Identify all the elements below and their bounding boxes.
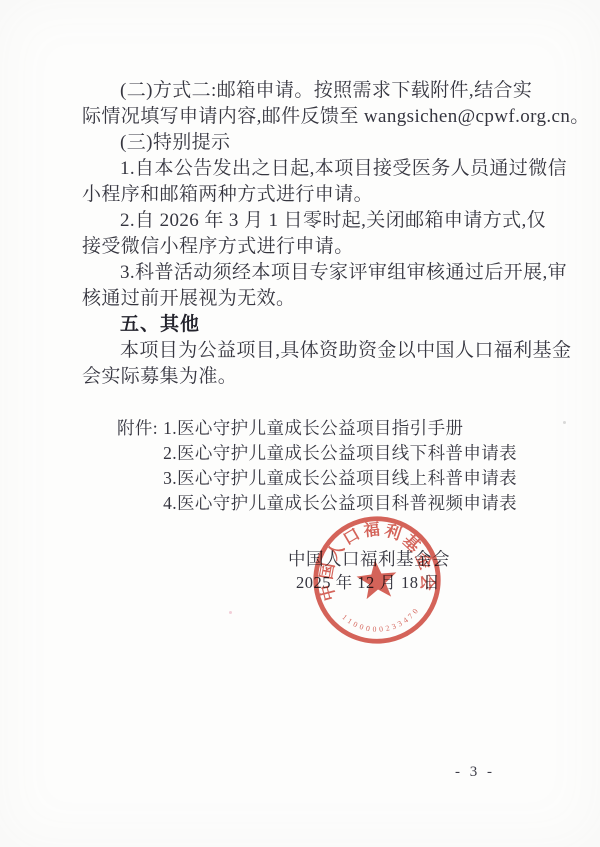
scan-speck bbox=[563, 421, 566, 424]
attachment-item: 3.医心守护儿童成长公益项目线上科普申请表 bbox=[163, 466, 517, 491]
section-heading: (三)特别提示 bbox=[82, 130, 510, 156]
paragraph-line: 1.自本公告发出之日起,本项目接受医务人员通过微信 bbox=[82, 156, 510, 182]
scanned-document-page: (二)方式二:邮箱申请。按照需求下载附件,结合实 际情况填写申请内容,邮件反馈至… bbox=[0, 0, 600, 847]
attachments-label: 附件: bbox=[117, 416, 158, 516]
paragraph-line: 核通过前开展视为无效。 bbox=[82, 286, 510, 312]
signature-block: 中国人口福利基金会 2025 年 12 月 18 日 bbox=[288, 548, 448, 594]
signature-organization: 中国人口福利基金会 bbox=[288, 548, 448, 571]
attachment-item: 1.医心守护儿童成长公益项目指引手册 bbox=[163, 416, 517, 441]
section-heading-others: 五、其他 bbox=[82, 312, 510, 338]
paragraph-line: 2.自 2026 年 3 月 1 日零时起,关闭邮箱申请方式,仅 bbox=[82, 208, 510, 234]
page-number: - 3 - bbox=[455, 764, 495, 781]
paragraph-line: 会实际募集为准。 bbox=[82, 364, 510, 390]
paragraph-line: (二)方式二:邮箱申请。按照需求下载附件,结合实 bbox=[82, 78, 510, 104]
seal-serial-number: 1100000233470 bbox=[340, 605, 423, 638]
paragraph-line: 接受微信小程序方式进行申请。 bbox=[82, 234, 510, 260]
paragraph-line: 3.科普活动须经本项目专家评审组审核通过后开展,审 bbox=[82, 260, 510, 286]
attachment-item: 2.医心守护儿童成长公益项目线下科普申请表 bbox=[163, 441, 517, 466]
attachments-list: 1.医心守护儿童成长公益项目指引手册 2.医心守护儿童成长公益项目线下科普申请表… bbox=[163, 416, 517, 516]
paragraph-line: 本项目为公益项目,具体资助资金以中国人口福利基金 bbox=[82, 338, 510, 364]
paragraph-line: 际情况填写申请内容,邮件反馈至 wangsichen@cpwf.org.cn。 bbox=[82, 104, 510, 130]
attachments-block: 附件: 1.医心守护儿童成长公益项目指引手册 2.医心守护儿童成长公益项目线下科… bbox=[117, 416, 517, 516]
signature-date: 2025 年 12 月 18 日 bbox=[288, 571, 448, 594]
paragraph-line: 小程序和邮箱两种方式进行申请。 bbox=[82, 182, 510, 208]
scan-speck bbox=[229, 611, 232, 614]
document-body: (二)方式二:邮箱申请。按照需求下载附件,结合实 际情况填写申请内容,邮件反馈至… bbox=[82, 78, 510, 390]
attachment-item: 4.医心守护儿童成长公益项目科普视频申请表 bbox=[163, 491, 517, 516]
